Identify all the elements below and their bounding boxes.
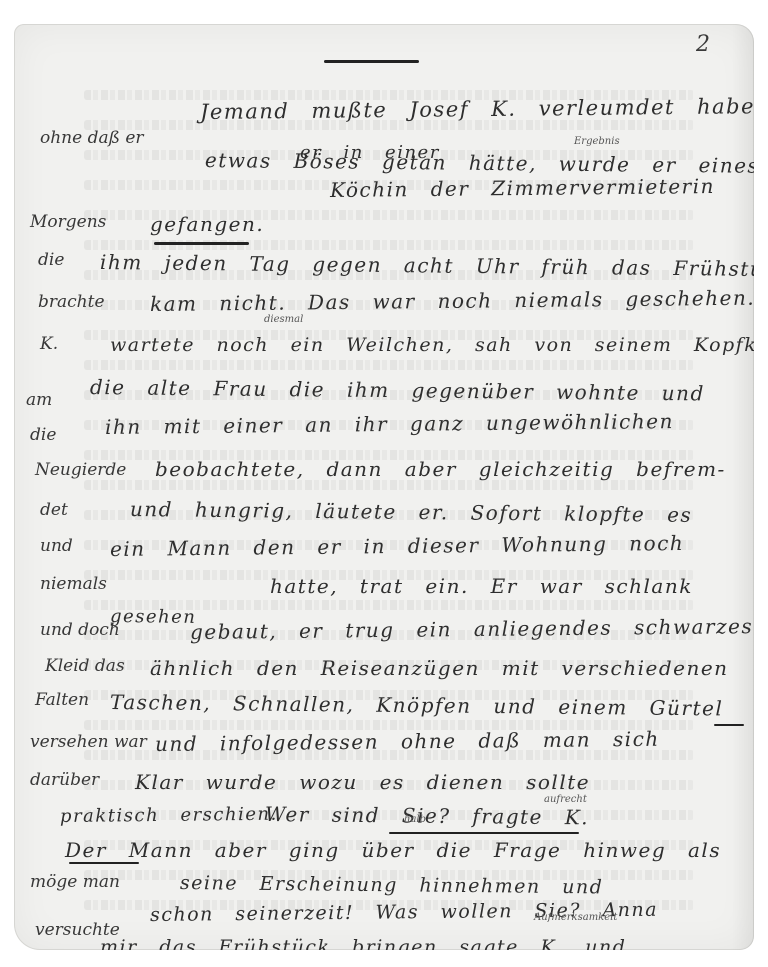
manuscript-line: gesehen bbox=[110, 606, 197, 628]
margin-note: und bbox=[40, 536, 73, 556]
margin-note: möge man bbox=[30, 872, 120, 892]
manuscript-line: gefangen. bbox=[150, 212, 264, 236]
margin-note: die bbox=[38, 250, 64, 270]
manuscript-line: praktisch erschien. bbox=[60, 804, 278, 827]
margin-note: am bbox=[26, 390, 52, 410]
margin-note: Falten bbox=[35, 690, 89, 710]
interlinear-insertion: Aufmerksamkeit bbox=[534, 912, 617, 923]
manuscript-line: ihn mit einer an ihr ganz ungewöhnlichen bbox=[105, 409, 674, 439]
manuscript-page: 2 Jemand mußte Josef K. verleumdet haben… bbox=[14, 24, 754, 950]
manuscript-line: Köchin der Zimmervermieterin bbox=[330, 174, 715, 202]
manuscript-line: Taschen, Schnallen, Knöpfen und einem Gü… bbox=[110, 690, 724, 720]
strike-mark bbox=[324, 60, 419, 63]
margin-note: Kleid das bbox=[45, 656, 125, 676]
interlinear-insertion: aufrecht bbox=[544, 794, 587, 805]
manuscript-line: mir das Frühstück bringen sagte K. und bbox=[100, 936, 626, 950]
strike-mark bbox=[389, 832, 579, 834]
manuscript-line: ähnlich den Reiseanzügen mit verschieden… bbox=[150, 656, 729, 680]
margin-note: die bbox=[30, 425, 56, 445]
strike-mark bbox=[69, 862, 139, 864]
manuscript-line: etwas Böses getan hätte, wurde er eines bbox=[205, 148, 754, 178]
manuscript-line: Klar wurde wozu es dienen sollte bbox=[135, 770, 590, 794]
manuscript-line: die alte Frau die ihm gegenüber wohnte u… bbox=[90, 375, 705, 405]
interlinear-insertion: diesmal bbox=[264, 314, 303, 325]
margin-note: versehen war bbox=[30, 732, 147, 752]
margin-note: versuchte bbox=[35, 920, 120, 940]
margin-note: brachte bbox=[38, 292, 105, 312]
interlinear-insertion: halb bbox=[404, 814, 426, 825]
margin-note: det bbox=[40, 500, 68, 520]
page-number: 2 bbox=[696, 32, 710, 57]
margin-note: Morgens bbox=[30, 212, 106, 232]
manuscript-line: Der Mann aber ging über die Frage hinweg… bbox=[65, 838, 721, 862]
margin-note: ohne daß er bbox=[40, 128, 144, 148]
manuscript-line: hatte, trat ein. Er war schlank bbox=[270, 574, 693, 598]
strike-mark bbox=[154, 242, 249, 245]
manuscript-line: ein Mann den er in dieser Wohnung noch bbox=[110, 531, 684, 561]
margin-note: Neugierde bbox=[35, 460, 126, 480]
bleed-through-line bbox=[84, 360, 694, 370]
margin-note: darüber bbox=[30, 770, 99, 790]
manuscript-line: seine Erscheinung hinnehmen und bbox=[180, 872, 604, 898]
bleed-through-line bbox=[84, 480, 694, 490]
manuscript-line: beobachtete, dann aber gleichzeitig befr… bbox=[155, 457, 726, 481]
manuscript-line: wartete noch ein Weilchen, sah von seine… bbox=[110, 334, 754, 356]
manuscript-line: kam nicht. Das war noch niemals geschehe… bbox=[150, 286, 754, 316]
margin-note: niemals bbox=[40, 574, 107, 594]
manuscript-line: und hungrig, läutete er. Sofort klopfte … bbox=[130, 497, 693, 527]
margin-note: K. bbox=[40, 334, 58, 354]
strike-mark bbox=[714, 724, 744, 726]
manuscript-line: Wer sind Sie? fragte K. bbox=[265, 802, 589, 829]
margin-note: und doch bbox=[40, 620, 120, 640]
interlinear-insertion: Ergebnis bbox=[574, 136, 620, 147]
